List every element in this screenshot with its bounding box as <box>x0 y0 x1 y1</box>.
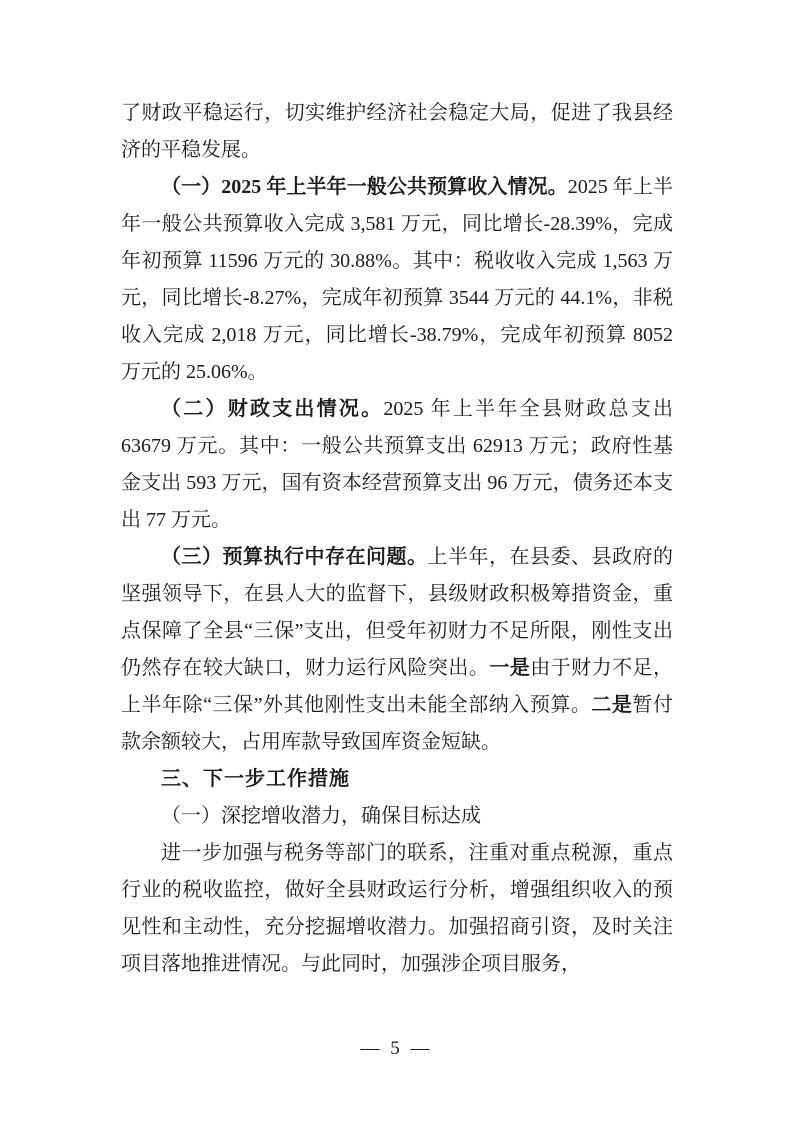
paragraph: （一）2025 年上半年一般公共预算收入情况。2025 年上半年一般公共预算收入… <box>121 169 673 391</box>
heading-sub: （一）深挖增收潜力，确保目标达成 <box>121 798 673 835</box>
document-body: 了财政平稳运行，切实维护经济社会稳定大局，促进了我县经济的平稳发展。（一）202… <box>121 95 673 983</box>
paragraph: （三）预算执行中存在问题。上半年，在县委、县政府的坚强领导下，在县人大的监督下，… <box>121 539 673 761</box>
text-run: （一）深挖增收潜力，确保目标达成 <box>161 805 481 827</box>
text-run: 了财政平稳运行，切实维护经济社会稳定大局，促进了我县经济的平稳发展。 <box>121 102 673 161</box>
heading-section: 三、下一步工作措施 <box>121 761 673 798</box>
text-run: （二）财政支出情况。 <box>161 398 383 420</box>
paragraph: （二）财政支出情况。2025 年上半年全县财政总支出 63679 万元。其中：一… <box>121 391 673 539</box>
paragraph: 进一步加强与税务等部门的联系，注重对重点税源，重点行业的税收监控，做好全县财政运… <box>121 835 673 983</box>
text-run: （一）2025 年上半年一般公共预算收入情况。 <box>161 176 568 198</box>
page-number: — 5 — <box>0 1038 793 1060</box>
text-run: 一是 <box>489 657 530 679</box>
text-run: 进一步加强与税务等部门的联系，注重对重点税源，重点行业的税收监控，做好全县财政运… <box>121 842 673 975</box>
text-run: 2025 年上半年一般公共预算收入完成 3,581 万元，同比增长-28.39%… <box>121 176 673 383</box>
text-run: （三）预算执行中存在问题。 <box>161 546 428 568</box>
text-run: 二是 <box>591 694 632 716</box>
document-page: 了财政平稳运行，切实维护经济社会稳定大局，促进了我县经济的平稳发展。（一）202… <box>0 0 793 1122</box>
text-run: 三、下一步工作措施 <box>161 768 350 790</box>
paragraph: 了财政平稳运行，切实维护经济社会稳定大局，促进了我县经济的平稳发展。 <box>121 95 673 169</box>
